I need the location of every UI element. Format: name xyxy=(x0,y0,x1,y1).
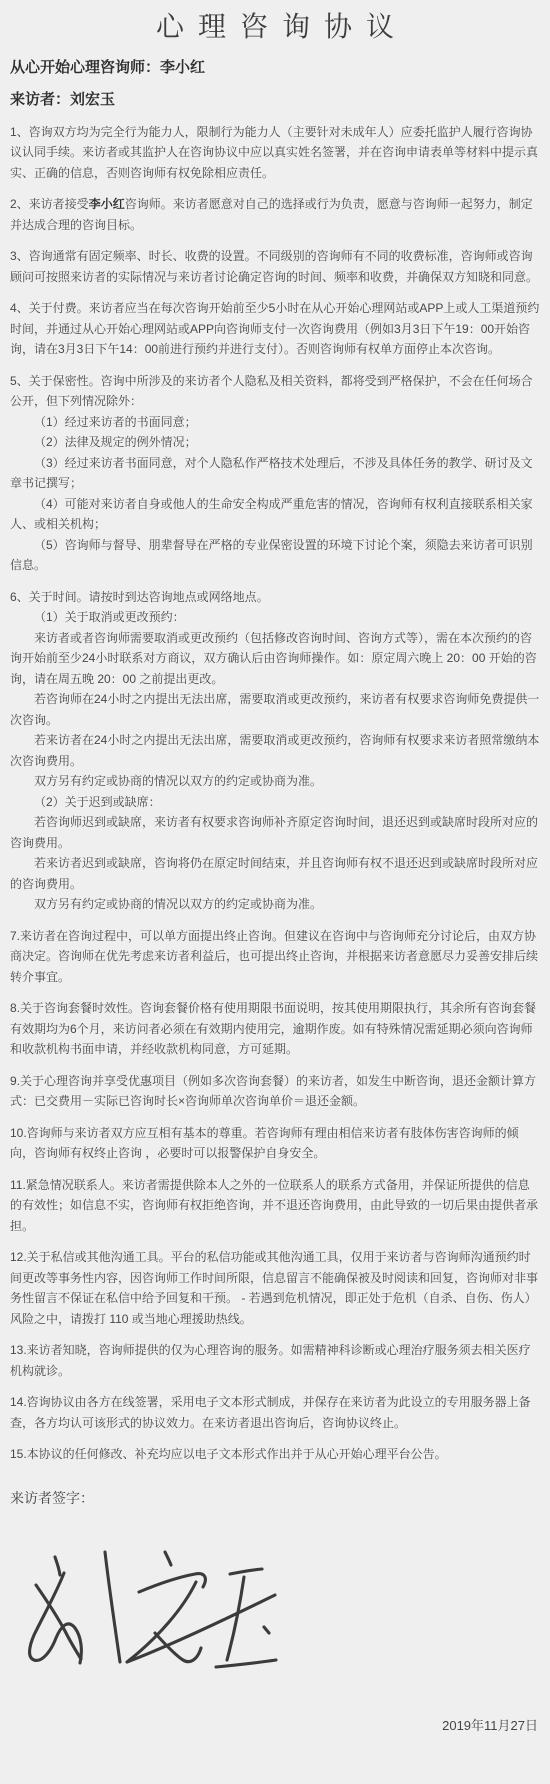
clause-line: （4）可能对来访者自身或他人的生命安全构成严重危害的情况，咨询师有权利直接联系相… xyxy=(10,494,540,535)
clause-text: （3）经过来访者书面同意，对个人隐私作严格技术处理后，不涉及具体任务的教学、研讨… xyxy=(10,456,533,491)
clause-text: 15.本协议的任何修改、补充均应以电子文本形式作出并于从心开始心理平台公告。 xyxy=(10,1447,447,1461)
agreement-clause: 14.咨询协议由各方在线签署，采用电子文本形式制成，并保存在来访者为此设立的专用… xyxy=(10,1392,540,1433)
clause-text: 1、咨询双方均为完全行为能力人，限制行为能力人（主要针对未成年人）应委托监护人履… xyxy=(10,125,538,180)
clause-text: 若来访者迟到或缺席，咨询将仍在原定时间结束，并且咨询师有权不退还迟到或缺席时段所… xyxy=(10,856,538,891)
clause-text: （5）咨询师与督导、朋辈督导在严格的专业保密设置的环境下讨论个案，须隐去来访者可… xyxy=(10,538,533,573)
signature-label: 来访者签字： xyxy=(10,1489,540,1507)
clause-line: （2）关于迟到或缺席： xyxy=(10,792,540,813)
agreement-clause: 13.来访者知晓，咨询师提供的仅为心理咨询的服务。如需精神科诊断或心理治疗服务须… xyxy=(10,1340,540,1381)
clause-line: 若来访者迟到或缺席，咨询将仍在原定时间结束，并且咨询师有权不退还迟到或缺席时段所… xyxy=(10,853,540,894)
counselor-line: 从心开始心理咨询师：李小红 xyxy=(10,58,540,78)
page-title: 心理咨询协议 xyxy=(10,10,540,44)
clause-line: （1）关于取消或更改预约： xyxy=(10,607,540,628)
clause-text: 2、来访者接受 xyxy=(10,197,89,211)
clause-line: 9.关于心理咨询并享受优惠项目（例如多次咨询套餐）的来访者，如发生中断咨询，退还… xyxy=(10,1071,540,1112)
clause-text: 14.咨询协议由各方在线签署，采用电子文本形式制成，并保存在来访者为此设立的专用… xyxy=(10,1395,531,1430)
clause-line: 5、关于保密性。咨询中所涉及的来访者个人隐私及相关资料，都将受到严格保护，不会在… xyxy=(10,371,540,412)
clause-line: 1、咨询双方均为完全行为能力人，限制行为能力人（主要针对未成年人）应委托监护人履… xyxy=(10,122,540,184)
agreement-clause: 1、咨询双方均为完全行为能力人，限制行为能力人（主要针对未成年人）应委托监护人履… xyxy=(10,122,540,184)
clause-line: 14.咨询协议由各方在线签署，采用电子文本形式制成，并保存在来访者为此设立的专用… xyxy=(10,1392,540,1433)
clause-line: 双方另有约定或协商的情况以双方的约定或协商为准。 xyxy=(10,771,540,792)
agreement-clause: 8.关于咨询套餐时效性。咨询套餐价格有使用期限书面说明，按其使用期限执行，其余所… xyxy=(10,998,540,1060)
clause-text: （4）可能对来访者自身或他人的生命安全构成严重危害的情况，咨询师有权利直接联系相… xyxy=(10,497,533,532)
agreement-clause: 10.咨询师与来访者双方应互相有基本的尊重。若咨询师有理由相信来访者有肢体伤害咨… xyxy=(10,1123,540,1164)
clause-line: 8.关于咨询套餐时效性。咨询套餐价格有使用期限书面说明，按其使用期限执行，其余所… xyxy=(10,998,540,1060)
clause-text: 9.关于心理咨询并享受优惠项目（例如多次咨询套餐）的来访者，如发生中断咨询，退还… xyxy=(10,1074,536,1109)
clause-text: 双方另有约定或协商的情况以双方的约定或协商为准。 xyxy=(34,774,322,788)
clause-text: 8.关于咨询套餐时效性。咨询套餐价格有使用期限书面说明，按其使用期限执行，其余所… xyxy=(10,1001,536,1056)
agreement-page: 心理咨询协议 从心开始心理咨询师：李小红 来访者：刘宏玉 1、咨询双方均为完全行… xyxy=(0,0,550,1784)
clause-line: （2）法律及规定的例外情况； xyxy=(10,432,540,453)
clause-line: 2、来访者接受李小红咨询师。来访者愿意对自己的选择或行为负责，愿意与咨询师一起努… xyxy=(10,194,540,235)
clause-text: 5、关于保密性。咨询中所涉及的来访者个人隐私及相关资料，都将受到严格保护，不会在… xyxy=(10,374,533,409)
clause-text: 13.来访者知晓，咨询师提供的仅为心理咨询的服务。如需精神科诊断或心理治疗服务须… xyxy=(10,1343,531,1378)
agreement-clause: 5、关于保密性。咨询中所涉及的来访者个人隐私及相关资料，都将受到严格保护，不会在… xyxy=(10,371,540,576)
clause-line: （5）咨询师与督导、朋辈督导在严格的专业保密设置的环境下讨论个案，须隐去来访者可… xyxy=(10,535,540,576)
clause-text: 3、咨询通常有固定频率、时长、收费的设置。不同级别的咨询师有不同的收费标准，咨询… xyxy=(10,249,538,284)
clause-text: （1）关于取消或更改预约： xyxy=(34,610,185,624)
clause-text: 10.咨询师与来访者双方应互相有基本的尊重。若咨询师有理由相信来访者有肢体伤害咨… xyxy=(10,1126,519,1161)
clause-line: 双方另有约定或协商的情况以双方的约定或协商为准。 xyxy=(10,894,540,915)
agreement-clause: 2、来访者接受李小红咨询师。来访者愿意对自己的选择或行为负责，愿意与咨询师一起努… xyxy=(10,194,540,235)
clause-line: 11.紧急情况联系人。来访者需提供除本人之外的一位联系人的联系方式备用，并保证所… xyxy=(10,1175,540,1237)
clause-text: 来访者或者咨询师需要取消或更改预约（包括修改咨询时间、咨询方式等），需在本次预约… xyxy=(10,631,537,686)
clause-line: 4、关于付费。来访者应当在每次咨询开始前至少5小时在从心开始心理网站或APP上或… xyxy=(10,298,540,360)
clause-text: 12.关于私信或其他沟通工具。平台的私信功能或其他沟通工具，仅用于来访者与咨询师… xyxy=(10,1250,538,1326)
clause-line: 13.来访者知晓，咨询师提供的仅为心理咨询的服务。如需精神科诊断或心理治疗服务须… xyxy=(10,1340,540,1381)
clause-line: 15.本协议的任何修改、补充均应以电子文本形式作出并于从心开始心理平台公告。 xyxy=(10,1444,540,1465)
clause-text: 11.紧急情况联系人。来访者需提供除本人之外的一位联系人的联系方式备用，并保证所… xyxy=(10,1178,538,1233)
agreement-clause: 7.来访者在咨询过程中，可以单方面提出终止咨询。但建议在咨询中与咨询师充分讨论后… xyxy=(10,926,540,988)
clause-text: 4、关于付费。来访者应当在每次咨询开始前至少5小时在从心开始心理网站或APP上或… xyxy=(10,301,539,356)
signature-date: 2019年11月27日 xyxy=(10,1715,538,1734)
counselor-name-emphasis: 李小红 xyxy=(89,197,125,211)
agreement-clause: 11.紧急情况联系人。来访者需提供除本人之外的一位联系人的联系方式备用，并保证所… xyxy=(10,1175,540,1237)
clause-text: 若咨询师迟到或缺席，来访者有权要求咨询师补齐原定咨询时间，退还迟到或缺席时段所对… xyxy=(10,815,538,850)
agreement-clause: 12.关于私信或其他沟通工具。平台的私信功能或其他沟通工具，仅用于来访者与咨询师… xyxy=(10,1247,540,1329)
clause-line: 6、关于时间。请按时到达咨询地点或网络地点。 xyxy=(10,587,540,608)
clause-line: 12.关于私信或其他沟通工具。平台的私信功能或其他沟通工具，仅用于来访者与咨询师… xyxy=(10,1247,540,1329)
agreement-clause: 15.本协议的任何修改、补充均应以电子文本形式作出并于从心开始心理平台公告。 xyxy=(10,1444,540,1465)
agreement-clause: 9.关于心理咨询并享受优惠项目（例如多次咨询套餐）的来访者，如发生中断咨询，退还… xyxy=(10,1071,540,1112)
clause-line: （3）经过来访者书面同意，对个人隐私作严格技术处理后，不涉及具体任务的教学、研讨… xyxy=(10,453,540,494)
clause-text: 双方另有约定或协商的情况以双方的约定或协商为准。 xyxy=(34,897,322,911)
visitor-line: 来访者：刘宏玉 xyxy=(10,90,540,110)
clause-text: （2）关于迟到或缺席： xyxy=(34,795,161,809)
clause-text: 6、关于时间。请按时到达咨询地点或网络地点。 xyxy=(10,590,269,604)
clause-line: 若咨询师在24小时之内提出无法出席，需要取消或更改预约，来访者有权要求咨询师免费… xyxy=(10,689,540,730)
agreement-clause: 4、关于付费。来访者应当在每次咨询开始前至少5小时在从心开始心理网站或APP上或… xyxy=(10,298,540,360)
clause-line: 来访者或者咨询师需要取消或更改预约（包括修改咨询时间、咨询方式等），需在本次预约… xyxy=(10,628,540,690)
clause-text: （2）法律及规定的例外情况； xyxy=(34,435,197,449)
clause-text: 7.来访者在咨询过程中，可以单方面提出终止咨询。但建议在咨询中与咨询师充分讨论后… xyxy=(10,929,538,984)
clause-list: 1、咨询双方均为完全行为能力人，限制行为能力人（主要针对未成年人）应委托监护人履… xyxy=(10,122,540,1465)
clause-line: 若来访者在24小时之内提出无法出席，需要取消或更改预约，咨询师有权要求来访者照常… xyxy=(10,730,540,771)
clause-line: （1）经过来访者的书面同意； xyxy=(10,412,540,433)
clause-line: 若咨询师迟到或缺席，来访者有权要求咨询师补齐原定咨询时间，退还迟到或缺席时段所对… xyxy=(10,812,540,853)
agreement-clause: 6、关于时间。请按时到达咨询地点或网络地点。（1）关于取消或更改预约：来访者或者… xyxy=(10,587,540,915)
clause-line: 3、咨询通常有固定频率、时长、收费的设置。不同级别的咨询师有不同的收费标准，咨询… xyxy=(10,246,540,287)
clause-line: 10.咨询师与来访者双方应互相有基本的尊重。若咨询师有理由相信来访者有肢体伤害咨… xyxy=(10,1123,540,1164)
clause-text: 若咨询师在24小时之内提出无法出席，需要取消或更改预约，来访者有权要求咨询师免费… xyxy=(10,692,539,727)
clause-text: 若来访者在24小时之内提出无法出席，需要取消或更改预约，咨询师有权要求来访者照常… xyxy=(10,733,539,768)
clause-text: （1）经过来访者的书面同意； xyxy=(34,415,197,429)
clause-line: 7.来访者在咨询过程中，可以单方面提出终止咨询。但建议在咨询中与咨询师充分讨论后… xyxy=(10,926,540,988)
agreement-clause: 3、咨询通常有固定频率、时长、收费的设置。不同级别的咨询师有不同的收费标准，咨询… xyxy=(10,246,540,287)
visitor-signature-handwriting xyxy=(18,1531,298,1681)
